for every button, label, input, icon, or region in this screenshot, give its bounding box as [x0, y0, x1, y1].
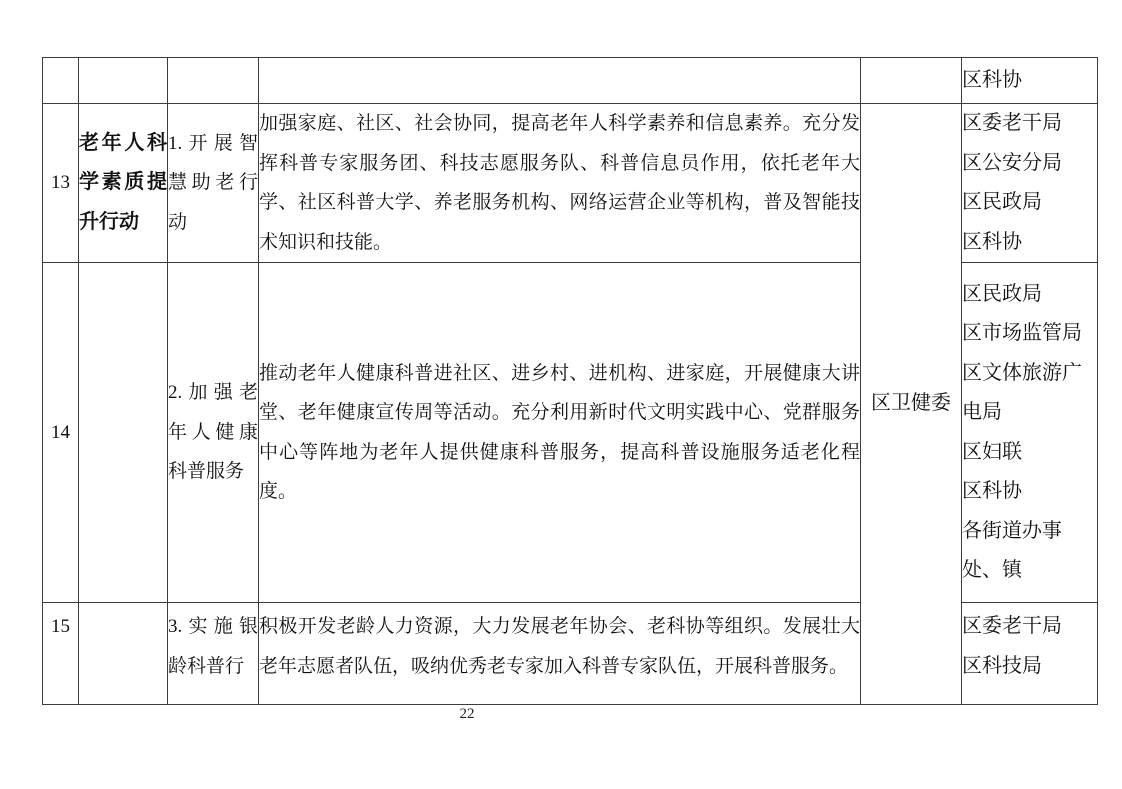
support-unit-item: 区科协 — [962, 61, 1097, 101]
support-unit-item: 区民政局 — [962, 275, 1097, 315]
row-number-cell: 15 — [43, 603, 79, 705]
support-unit-item: 各街道办事处、镇 — [962, 512, 1097, 591]
document-page: 区科协 13 老年人科学素质提升行动 1.开展智慧助老行动 加强家庭、社区、社会… — [0, 0, 1122, 789]
lead-unit-cell — [861, 58, 962, 104]
task-cell: 3.实施银龄科普行 — [168, 603, 259, 705]
page-number: 22 — [441, 706, 493, 723]
measures-cell: 加强家庭、社区、社会协同，提高老年人科学素养和信息素养。充分发挥科普专家服务团、… — [259, 104, 861, 263]
task-cell — [168, 58, 259, 104]
support-unit-item: 区科技局 — [962, 647, 1097, 687]
support-units-cell: 区民政局 区市场监管局 区文体旅游广电局 区妇联 区科协 各街道办事处、镇 — [962, 263, 1098, 603]
category-cell — [79, 58, 168, 104]
measures-text: 积极开发老龄人力资源，大力发展老年协会、老科协等组织。发展壮大老年志愿者队伍，吸… — [259, 607, 860, 686]
lead-unit-cell: 区卫健委 — [861, 104, 962, 705]
task-cell: 2.加强老年人健康科普服务 — [168, 263, 259, 603]
task-number: 3. — [168, 616, 182, 637]
support-unit-item: 区市场监管局 — [962, 314, 1097, 354]
support-unit-item: 区妇联 — [962, 433, 1097, 473]
measures-text: 推动老年人健康科普进社区、进乡村、进机构、进家庭，开展健康大讲堂、老年健康宣传周… — [259, 354, 860, 512]
task-label: 加强老年人健康科普服务 — [168, 382, 258, 482]
lead-unit-label: 区卫健委 — [861, 384, 961, 424]
measures-cell: 积极开发老龄人力资源，大力发展老年协会、老科协等组织。发展壮大老年志愿者队伍，吸… — [259, 603, 861, 705]
support-units-cell: 区科协 — [962, 58, 1098, 104]
support-units-cell: 区委老干局 区科技局 — [962, 603, 1098, 705]
task-label: 实施银龄科普行 — [168, 616, 258, 677]
support-unit-item: 区公安分局 — [962, 144, 1097, 184]
category-cell — [79, 263, 168, 603]
support-unit-item: 区文体旅游广电局 — [962, 354, 1097, 433]
task-label: 开展智慧助老行动 — [168, 133, 258, 233]
table-row-13: 13 老年人科学素质提升行动 1.开展智慧助老行动 加强家庭、社区、社会协同，提… — [43, 104, 1098, 263]
task-number: 2. — [168, 382, 182, 403]
support-unit-item: 区科协 — [962, 223, 1097, 263]
task-cell: 1.开展智慧助老行动 — [168, 104, 259, 263]
measures-cell: 推动老年人健康科普进社区、进乡村、进机构、进家庭，开展健康大讲堂、老年健康宣传周… — [259, 263, 861, 603]
table-row-carryover: 区科协 — [43, 58, 1098, 104]
measures-text: 加强家庭、社区、社会协同，提高老年人科学素养和信息素养。充分发挥科普专家服务团、… — [259, 104, 860, 262]
row-number-cell — [43, 58, 79, 104]
measures-cell — [259, 58, 861, 104]
category-cell — [79, 603, 168, 705]
support-unit-item: 区民政局 — [962, 183, 1097, 223]
action-plan-table: 区科协 13 老年人科学素质提升行动 1.开展智慧助老行动 加强家庭、社区、社会… — [42, 57, 1098, 705]
support-unit-item: 区委老干局 — [962, 607, 1097, 647]
task-number: 1. — [168, 133, 182, 154]
row-number-cell: 13 — [43, 104, 79, 263]
support-unit-item: 区科协 — [962, 472, 1097, 512]
category-cell: 老年人科学素质提升行动 — [79, 104, 168, 263]
support-units-cell: 区委老干局 区公安分局 区民政局 区科协 — [962, 104, 1098, 263]
row-number-cell: 14 — [43, 263, 79, 603]
support-unit-item: 区委老干局 — [962, 104, 1097, 144]
